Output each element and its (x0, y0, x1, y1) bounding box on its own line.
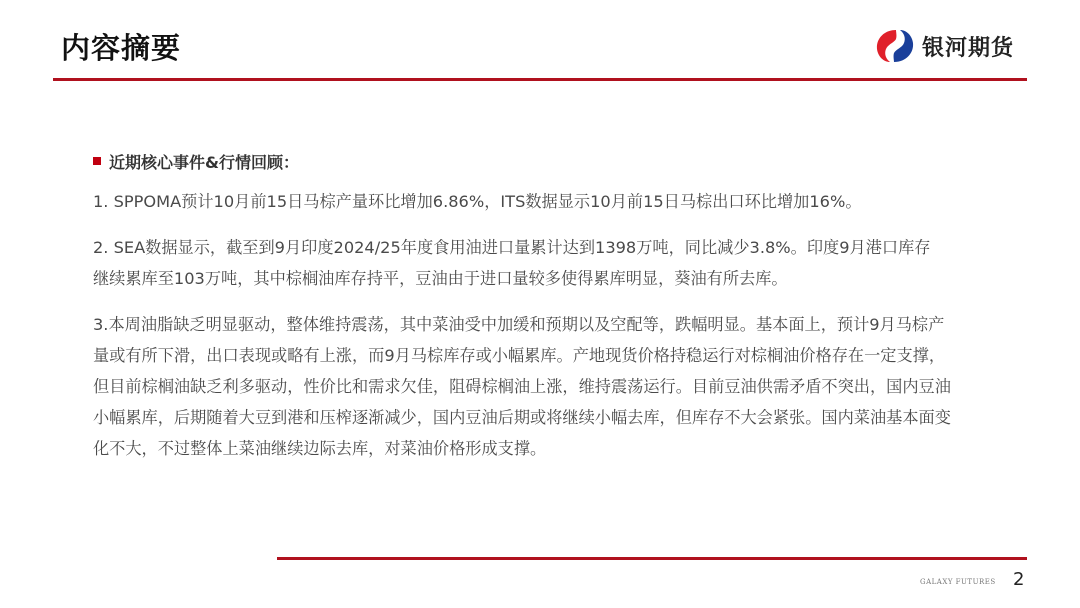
paragraph-1: 1. SPPOMA预计10月前15日马棕产量环比增加6.86%，ITS数据显示1… (93, 186, 862, 217)
section-heading-text: 近期核心事件&行情回顾： (109, 150, 299, 173)
paragraph-3: 3.本周油脂缺乏明显驱动，整体维持震荡，其中菜油受中加缓和预期以及空配等，跌幅明… (93, 309, 953, 464)
summary-content: 近期核心事件&行情回顾： 1. SPPOMA预计10月前15日马棕产量环比增加6… (93, 148, 993, 174)
footer-divider (277, 557, 1027, 560)
footer-brand: GALAXY FUTURES (920, 578, 996, 586)
galaxy-logo-icon (874, 27, 916, 65)
company-logo: 银河期货 (874, 27, 1014, 65)
section-heading: 近期核心事件&行情回顾： (93, 148, 993, 174)
square-bullet-icon (93, 157, 101, 165)
header-divider (53, 78, 1027, 81)
paragraph-2: 2. SEA数据显示，截至到9月印度2024/25年度食用油进口量累计达到139… (93, 232, 943, 294)
logo-text: 银河期货 (922, 31, 1014, 62)
page-number: 2 (1013, 569, 1024, 590)
page-title: 内容摘要 (61, 26, 181, 67)
